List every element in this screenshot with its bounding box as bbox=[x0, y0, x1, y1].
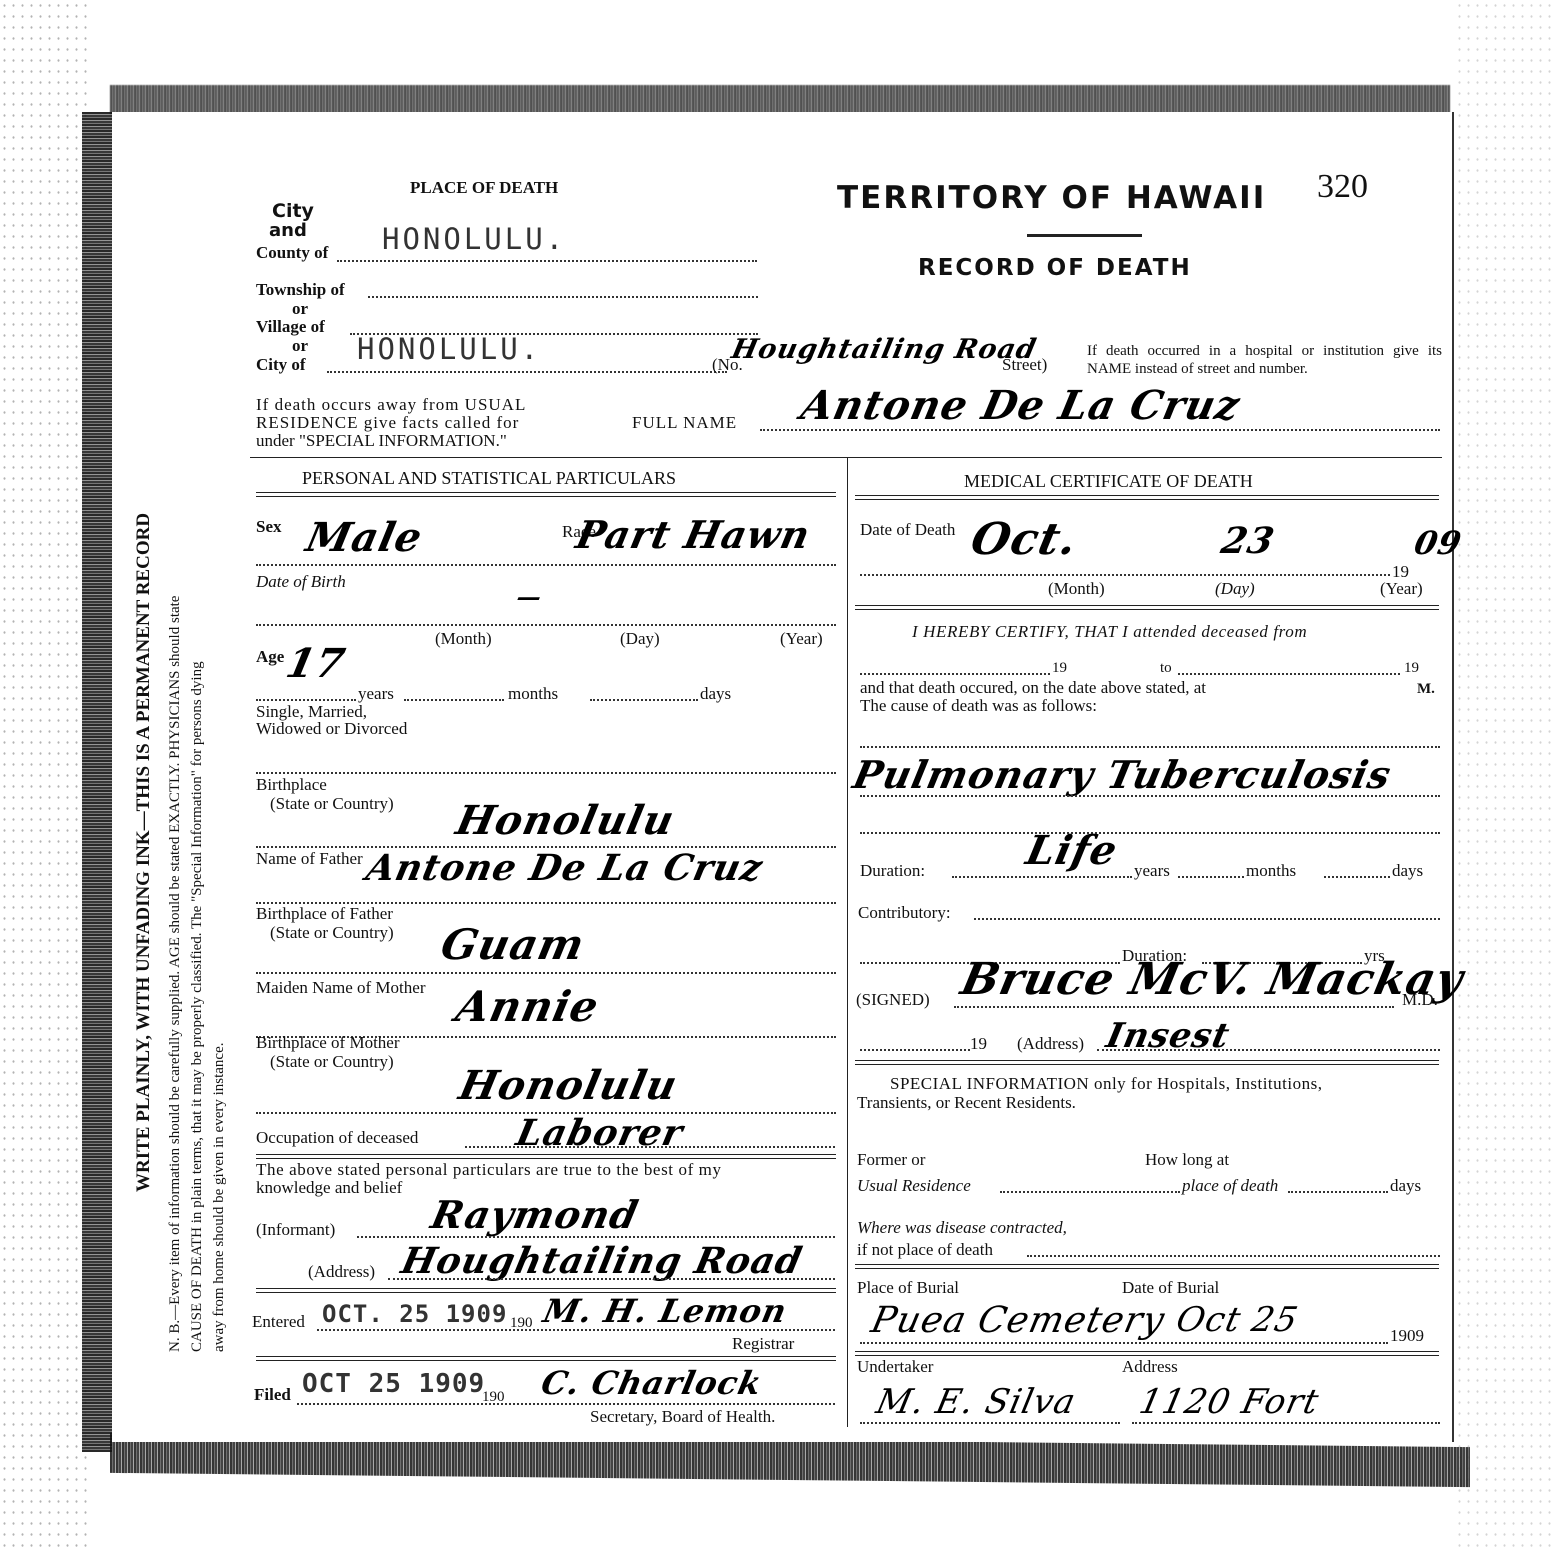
md-label: M.D. bbox=[1402, 990, 1438, 1009]
race-value[interactable]: Part Hawn bbox=[572, 512, 814, 557]
attestation-text: knowledge and belief bbox=[256, 1178, 402, 1197]
duration-value[interactable]: Life bbox=[1022, 827, 1122, 874]
cause-of-death-value[interactable]: Pulmonary Tuberculosis bbox=[849, 752, 1395, 797]
informant-label: (Informant) bbox=[256, 1220, 335, 1239]
margin-note-line3: CAUSE OF DEATH in plain terms, that it m… bbox=[188, 661, 206, 1352]
how-long-label: How long at bbox=[1145, 1150, 1229, 1169]
medical-heading: MEDICAL CERTIFICATE OF DEATH bbox=[964, 472, 1253, 491]
days-label: days bbox=[1390, 1176, 1421, 1195]
city-of-label: City of bbox=[256, 355, 306, 374]
contributory-label: Contributory: bbox=[858, 903, 951, 922]
certification-text: I HEREBY CERTIFY, THAT I attended deceas… bbox=[912, 622, 1307, 641]
year-caption: (Year) bbox=[1380, 579, 1423, 598]
undertaker-address-value[interactable]: 1120 Fort bbox=[1136, 1382, 1323, 1422]
date-of-death-year[interactable]: 09 bbox=[1411, 524, 1466, 562]
county-value[interactable]: HONOLULU. bbox=[382, 222, 566, 256]
mother-name-value[interactable]: Annie bbox=[452, 982, 604, 1031]
informant-value[interactable]: Raymond bbox=[427, 1192, 642, 1237]
sex-value[interactable]: Male bbox=[302, 514, 427, 561]
father-name-label: Name of Father bbox=[256, 849, 363, 868]
place-of-death-label: place of death bbox=[1182, 1176, 1278, 1195]
filed-date-stamp: OCT 25 1909 bbox=[302, 1369, 485, 1399]
birthplace-sub: (State or Country) bbox=[270, 794, 394, 813]
year-caption: (Year) bbox=[780, 629, 823, 648]
margin-note-main: WRITE PLAINLY, WITH UNFADING INK—THIS IS… bbox=[134, 513, 153, 1192]
secretary-label: Secretary, Board of Health. bbox=[590, 1407, 775, 1426]
usual-residence-label: Usual Residence bbox=[857, 1176, 971, 1195]
document-subtitle: RECORD OF DEATH bbox=[918, 255, 1192, 281]
physician-address-label: (Address) bbox=[1017, 1034, 1084, 1053]
age-value[interactable]: 17 bbox=[282, 640, 350, 687]
death-occurred-text: and that death occured, on the date abov… bbox=[860, 678, 1206, 697]
and-label: and bbox=[269, 220, 307, 241]
registrar-label: Registrar bbox=[732, 1334, 794, 1353]
personal-heading: PERSONAL AND STATISTICAL PARTICULARS bbox=[302, 469, 676, 488]
burial-year: 1909 bbox=[1390, 1326, 1424, 1345]
city-label: City bbox=[272, 200, 314, 222]
full-name-label: FULL NAME bbox=[632, 413, 737, 432]
month-caption: (Month) bbox=[1048, 579, 1105, 598]
birthplace-label: Birthplace bbox=[256, 775, 327, 794]
margin-note-line2: N. B.—Every item of information should b… bbox=[166, 596, 184, 1352]
or-label: or bbox=[292, 336, 308, 355]
date-of-death-month[interactable]: Oct. bbox=[967, 514, 1083, 565]
away-note: RESIDENCE give facts called for bbox=[256, 413, 519, 432]
father-name-value[interactable]: Antone De La Cruz bbox=[363, 847, 767, 889]
months-label: months bbox=[1246, 861, 1296, 880]
special-info-heading: SPECIAL INFORMATION only for Hospitals, … bbox=[890, 1074, 1322, 1093]
occupation-label: Occupation of deceased bbox=[256, 1128, 418, 1147]
mother-name-label: Maiden Name of Mother bbox=[256, 978, 425, 997]
former-residence-label: Former or bbox=[857, 1150, 925, 1169]
undertaker-label: Undertaker bbox=[857, 1357, 933, 1376]
entered-date-stamp: OCT. 25 1909 bbox=[322, 1300, 507, 1328]
mother-birthplace-sub: (State or Country) bbox=[270, 1052, 394, 1071]
undertaker-value[interactable]: M. E. Silva bbox=[873, 1382, 1080, 1422]
title-divider bbox=[1027, 234, 1142, 237]
year-prefix: 19 bbox=[1052, 659, 1067, 677]
birthplace-value[interactable]: Honolulu bbox=[452, 797, 679, 844]
mother-birthplace-value[interactable]: Honolulu bbox=[455, 1062, 682, 1109]
cause-of-death-label: The cause of death was as follows: bbox=[860, 696, 1097, 715]
meridiem-label: M. bbox=[1417, 680, 1435, 698]
father-birthplace-value[interactable]: Guam bbox=[437, 920, 589, 969]
father-birthplace-label: Birthplace of Father bbox=[256, 904, 393, 923]
away-note: If death occurs away from USUAL bbox=[256, 395, 526, 414]
hospital-note: If death occurred in a hospital or insti… bbox=[1087, 342, 1442, 378]
scan-noise-left bbox=[0, 0, 90, 1551]
scan-edge-top bbox=[110, 85, 1450, 115]
filed-label: Filed bbox=[254, 1385, 291, 1404]
entered-label: Entered bbox=[252, 1312, 305, 1331]
burial-place-label: Place of Burial bbox=[857, 1278, 959, 1297]
year-prefix: 19 bbox=[970, 1034, 987, 1053]
days-label: days bbox=[700, 684, 731, 703]
day-caption: (Day) bbox=[620, 629, 660, 648]
record-number: 320 bbox=[1317, 168, 1368, 206]
street-value[interactable]: Houghtailing Road bbox=[729, 334, 1040, 365]
registrar-signature: M. H. Lemon bbox=[540, 1292, 791, 1330]
age-label: Age bbox=[256, 647, 284, 666]
month-caption: (Month) bbox=[435, 629, 492, 648]
informant-address-value[interactable]: Houghtailing Road bbox=[398, 1240, 807, 1282]
place-of-death-heading: PLACE OF DEATH bbox=[410, 178, 558, 197]
sex-label: Sex bbox=[256, 517, 282, 536]
marital-status-options: Widowed or Divorced bbox=[256, 719, 407, 738]
date-of-death-day[interactable]: 23 bbox=[1218, 520, 1279, 562]
death-certificate: WRITE PLAINLY, WITH UNFADING INK—THIS IS… bbox=[112, 112, 1454, 1442]
scan-noise-right bbox=[1455, 0, 1551, 1551]
year-prefix: 19 bbox=[1404, 659, 1419, 677]
county-label: County of bbox=[256, 243, 328, 262]
to-label: to bbox=[1160, 659, 1172, 677]
physician-signature: Bruce McV. Mackay bbox=[957, 954, 1468, 1005]
village-label: Village of bbox=[256, 317, 325, 336]
street-label: Street) bbox=[1002, 355, 1047, 374]
scan-edge-left bbox=[82, 112, 112, 1452]
date-of-birth-label: Date of Birth bbox=[256, 572, 346, 591]
special-info-heading: Transients, or Recent Residents. bbox=[857, 1093, 1076, 1112]
away-note: under "SPECIAL INFORMATION." bbox=[256, 431, 507, 450]
disease-contracted-label: if not place of death bbox=[857, 1240, 993, 1259]
informant-address-label: (Address) bbox=[308, 1262, 375, 1281]
date-of-birth-value[interactable]: — bbox=[514, 582, 545, 611]
burial-place-value[interactable]: Puea Cemetery bbox=[868, 1300, 1169, 1341]
disease-contracted-label: Where was disease contracted, bbox=[857, 1218, 1067, 1237]
or-label: or bbox=[292, 299, 308, 318]
margin-note-line4: away from home should be given in every … bbox=[210, 1043, 228, 1353]
full-name-value[interactable]: Antone De La Cruz bbox=[797, 382, 1244, 429]
township-label: Township of bbox=[256, 280, 345, 299]
city-value[interactable]: HONOLULU. bbox=[357, 332, 541, 366]
days-label: days bbox=[1392, 861, 1423, 880]
column-divider bbox=[847, 457, 848, 1427]
years-label: years bbox=[1134, 861, 1170, 880]
undertaker-address-label: Address bbox=[1122, 1357, 1178, 1376]
father-birthplace-sub: (State or Country) bbox=[270, 923, 394, 942]
burial-date-label: Date of Burial bbox=[1122, 1278, 1219, 1297]
secretary-signature: C. Charlock bbox=[538, 1364, 766, 1402]
years-label: years bbox=[358, 684, 394, 703]
attestation-text: The above stated personal particulars ar… bbox=[256, 1160, 722, 1179]
months-label: months bbox=[508, 684, 558, 703]
document-title: TERRITORY OF HAWAII bbox=[837, 180, 1266, 216]
burial-date-value[interactable]: Oct 25 bbox=[1173, 1300, 1302, 1340]
date-of-death-label: Date of Death bbox=[860, 520, 955, 539]
mother-birthplace-label: Birthplace of Mother bbox=[256, 1033, 400, 1052]
signed-label: (SIGNED) bbox=[856, 990, 930, 1009]
day-caption: (Day) bbox=[1215, 579, 1255, 598]
duration-label: Duration: bbox=[860, 861, 925, 880]
